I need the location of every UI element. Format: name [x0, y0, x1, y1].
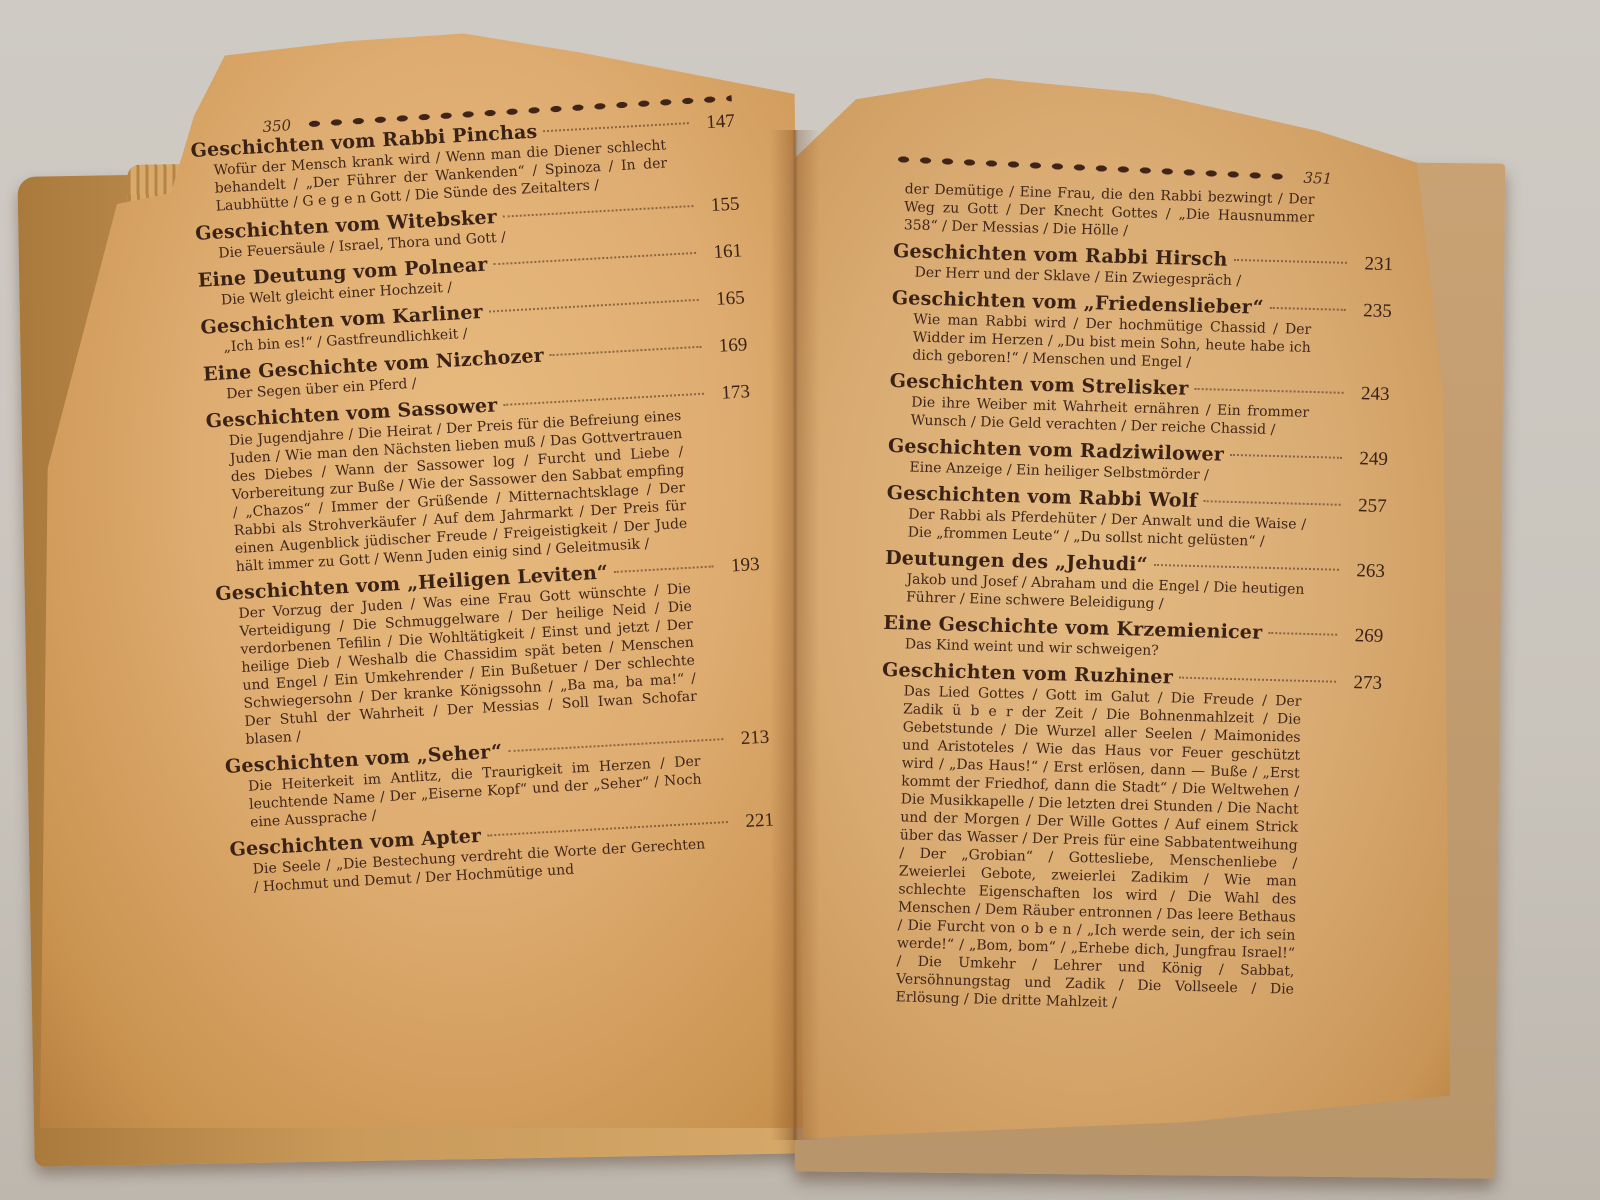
entry-page-number: 243 [1349, 383, 1390, 406]
dot-leader [543, 122, 689, 132]
entry-page-number: 155 [699, 193, 740, 217]
toc-entry: Geschichten vom Ruzhiner273 Das Lied Got… [873, 659, 1382, 1019]
right-toc-list: der Demütige / Eine Frau, die den Rabbi … [873, 180, 1395, 1025]
dot-leader [1203, 500, 1340, 506]
dot-leader [1154, 564, 1339, 571]
toc-entry: Geschichten vom Sassower173 Die Jugendja… [205, 380, 758, 577]
entry-page-number: 263 [1345, 560, 1386, 583]
toc-entry: Geschichten vom „Heiligen Leviten“193 De… [215, 553, 768, 750]
toc-entry: Geschichten vom Rabbi Wolf257 Der Rabbi … [886, 482, 1387, 554]
entry-page-number: 249 [1348, 448, 1389, 471]
dot-leader [1270, 307, 1346, 311]
entry-subtitles: Das Lied Gottes / Gott im Galut / Die Fr… [873, 682, 1381, 1019]
toc-entry: Geschichten vom Strelisker243 Die ihre W… [888, 370, 1389, 442]
entry-page-number: 169 [707, 334, 748, 358]
toc-entry: Deutungen des „Jehudi“263 Jakob und Jose… [884, 547, 1385, 619]
dot-leader [614, 565, 714, 573]
dot-leader [503, 205, 694, 218]
entry-page-number: 221 [733, 809, 774, 833]
open-book: 350 351 Geschichten vom Rabbi Pinchas147… [0, 0, 1600, 1200]
entry-page-number: 273 [1342, 672, 1383, 695]
entry-page-number: 213 [729, 727, 770, 751]
entry-page-number: 257 [1346, 495, 1387, 518]
dot-leader [1179, 677, 1336, 683]
dot-leader [1268, 632, 1337, 636]
dot-leader [487, 821, 728, 836]
left-toc-list: Geschichten vom Rabbi Pinchas147 Wofür d… [190, 110, 777, 904]
entry-subtitles: Der Vorzug der Juden / Was eine Frau Got… [216, 576, 768, 750]
right-page-number: 351 [1303, 169, 1332, 188]
toc-entry: Geschichten vom Radziwilower249 Eine Anz… [887, 435, 1388, 489]
toc-entry: Geschichten vom „Friedenslieber“235 Wie … [890, 287, 1392, 377]
dot-leader [550, 346, 702, 356]
toc-entry: Eine Geschichte vom Krzemienicer269 Das … [883, 612, 1384, 666]
dot-leader [489, 299, 699, 313]
dot-leader [508, 738, 723, 752]
entry-subtitles: Die Jugendjahre / Die Heirat / Der Preis… [206, 403, 758, 577]
dot-leader [493, 252, 696, 265]
entry-page-number: 193 [719, 554, 760, 578]
book-gutter [770, 130, 820, 1140]
entry-page-number: 161 [702, 240, 743, 264]
entry-page-number: 165 [704, 287, 745, 311]
dot-leader [1230, 454, 1342, 459]
dot-leader [503, 393, 704, 406]
entry-page-number: 231 [1353, 253, 1394, 276]
dot-leader [1234, 259, 1347, 264]
entry-page-number: 147 [694, 111, 735, 135]
entry-page-number: 235 [1351, 300, 1392, 323]
left-page-number: 350 [262, 116, 292, 136]
dot-leader [1195, 388, 1344, 394]
toc-entry: Geschichten vom Rabbi Hirsch231 Der Herr… [892, 240, 1393, 294]
entry-page-number: 173 [709, 381, 750, 405]
entry-page-number: 269 [1343, 625, 1384, 648]
